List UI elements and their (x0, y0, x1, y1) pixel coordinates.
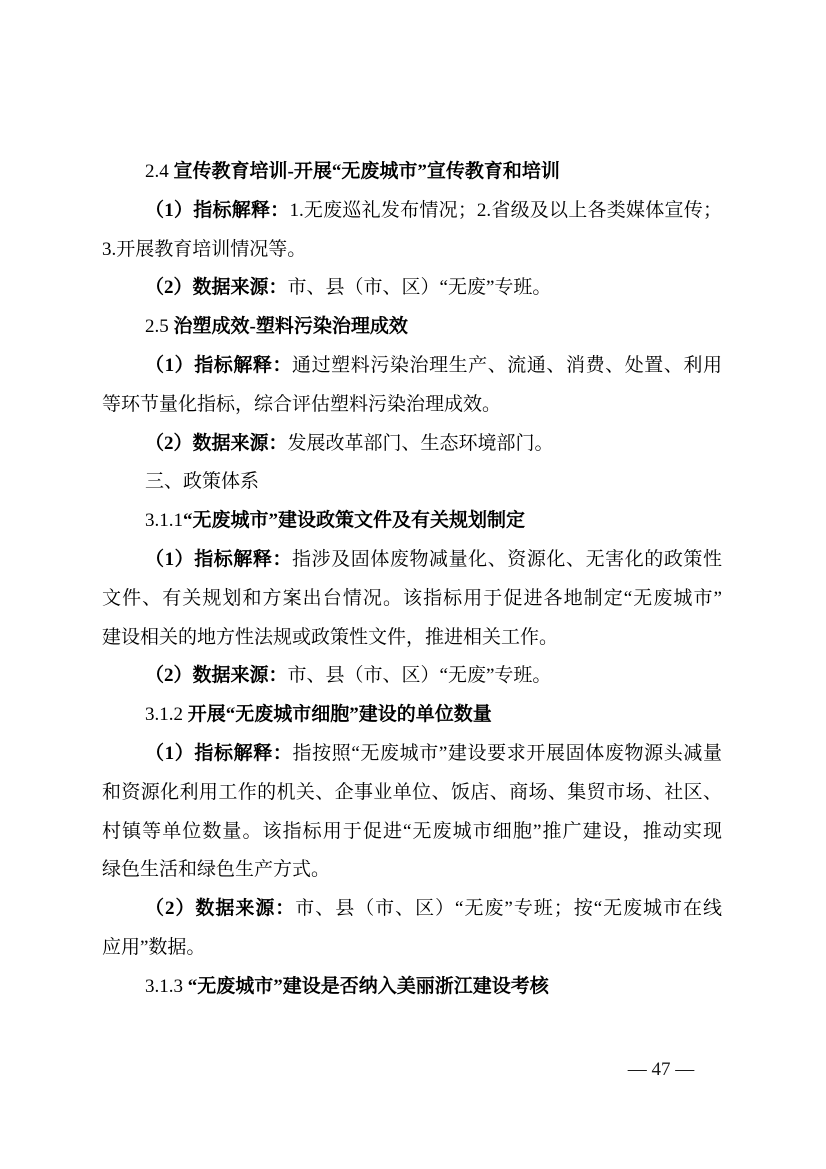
text-run: 文件、有关规划和方案出台情况。该指标用于促进各地制定“无废城市” (102, 588, 722, 609)
text-run: 村镇等单位数量。该指标用于促进“无废城市细胞”推广建设，推动实现 (102, 821, 722, 842)
heading-3-1-1: 3.1.1“无废城市”建设政策文件及有关规划制定 (102, 502, 722, 541)
text-run: 市、县（市、区）“无废”专班；按“无废城市在线 (295, 898, 722, 919)
text-run: 应用”数据。 (102, 937, 205, 958)
text-run: 指涉及固体废物减量化、资源化、无害化的政策性 (292, 549, 722, 570)
heading-2-4: 2.4 宣传教育培训-开展“无废城市”宣传教育和培训 (102, 153, 722, 192)
para-3-1-2-indicator: （1）指标解释：指按照“无废城市”建设要求开展固体废物源头减量 (102, 735, 722, 774)
bold-text-run: （2）数据来源： (145, 277, 288, 298)
text-run: 3.1.1 (145, 510, 183, 531)
text-run: 市、县（市、区）“无废”专班。 (288, 277, 552, 298)
text-run: 建设相关的地方性法规或政策性文件，推进相关工作。 (102, 627, 558, 648)
text-run: 3.开展教育培训情况等。 (102, 239, 306, 260)
para-2-5-indicator: （1）指标解释：通过塑料污染治理生产、流通、消费、处置、利用 (102, 347, 722, 386)
document-text-block: 2.4 宣传教育培训-开展“无废城市”宣传教育和培训（1）指标解释：1.无废巡礼… (102, 153, 722, 1007)
para-3-1-2-indicator-cont1: 和资源化利用工作的机关、企事业单位、饭店、商场、集贸市场、社区、 (102, 774, 722, 813)
text-run: 2.5 (145, 316, 174, 337)
text-run: 通过塑料污染治理生产、流通、消费、处置、利用 (292, 355, 722, 376)
bold-text-run: （1）指标解释： (145, 743, 292, 764)
heading-2-5: 2.5 治塑成效-塑料污染治理成效 (102, 308, 722, 347)
bold-text-run: （2）数据来源： (145, 433, 288, 454)
bold-text-run: （1）指标解释： (145, 200, 289, 221)
text-run: 指按照“无废城市”建设要求开展固体废物源头减量 (292, 743, 722, 764)
bold-text-run: （1）指标解释： (145, 549, 292, 570)
para-2-5-source: （2）数据来源：发展改革部门、生态环境部门。 (102, 425, 722, 464)
heading-3-1-2: 3.1.2 开展“无废城市细胞”建设的单位数量 (102, 696, 722, 735)
para-3-1-2-source-cont: 应用”数据。 (102, 929, 722, 968)
para-3-1-2-indicator-cont3: 绿色生活和绿色生产方式。 (102, 851, 722, 890)
page-number: — 47 — (596, 1058, 726, 1082)
bold-text-run: （2）数据来源： (145, 665, 288, 686)
para-3-1-1-indicator: （1）指标解释：指涉及固体废物减量化、资源化、无害化的政策性 (102, 541, 722, 580)
text-run: 发展改革部门、生态环境部门。 (288, 433, 554, 454)
text-run: 和资源化利用工作的机关、企事业单位、饭店、商场、集贸市场、社区、 (102, 782, 722, 803)
text-run: 1.无废巡礼发布情况；2.省级及以上各类媒体宣传； (289, 200, 722, 221)
bold-text-run: （2）数据来源： (145, 898, 295, 919)
para-2-4-indicator: （1）指标解释：1.无废巡礼发布情况；2.省级及以上各类媒体宣传； (102, 192, 722, 231)
para-3-1-2-source: （2）数据来源：市、县（市、区）“无废”专班；按“无废城市在线 (102, 890, 722, 929)
text-run: 2.4 (145, 161, 174, 182)
bold-text-run: 治塑成效-塑料污染治理成效 (174, 316, 408, 337)
para-3-1-2-indicator-cont2: 村镇等单位数量。该指标用于促进“无废城市细胞”推广建设，推动实现 (102, 813, 722, 852)
para-3-1-1-indicator-cont2: 建设相关的地方性法规或政策性文件，推进相关工作。 (102, 619, 722, 658)
text-run: 等环节量化指标，综合评估塑料污染治理成效。 (102, 394, 501, 415)
text-run: 3.1.3 (145, 976, 188, 997)
heading-section-3: 三、政策体系 (102, 463, 722, 502)
bold-text-run: “无废城市”建设政策文件及有关规划制定 (183, 510, 525, 531)
text-run: 三、政策体系 (145, 471, 259, 492)
bold-text-run: 宣传教育培训-开展“无废城市”宣传教育和培训 (174, 161, 560, 182)
para-3-1-1-indicator-cont1: 文件、有关规划和方案出台情况。该指标用于促进各地制定“无废城市” (102, 580, 722, 619)
bold-text-run: （1）指标解释： (145, 355, 292, 376)
heading-3-1-3: 3.1.3 “无废城市”建设是否纳入美丽浙江建设考核 (102, 968, 722, 1007)
para-2-4-source: （2）数据来源：市、县（市、区）“无废”专班。 (102, 269, 722, 308)
document-page: 2.4 宣传教育培训-开展“无废城市”宣传教育和培训（1）指标解释：1.无废巡礼… (0, 0, 826, 1169)
para-2-5-indicator-cont: 等环节量化指标，综合评估塑料污染治理成效。 (102, 386, 722, 425)
bold-text-run: 开展“无废城市细胞”建设的单位数量 (188, 704, 492, 725)
para-3-1-1-source: （2）数据来源：市、县（市、区）“无废”专班。 (102, 657, 722, 696)
text-run: 市、县（市、区）“无废”专班。 (288, 665, 552, 686)
bold-text-run: “无废城市”建设是否纳入美丽浙江建设考核 (188, 976, 549, 997)
para-2-4-indicator-cont: 3.开展教育培训情况等。 (102, 231, 722, 270)
text-run: 3.1.2 (145, 704, 188, 725)
text-run: 绿色生活和绿色生产方式。 (102, 859, 330, 880)
